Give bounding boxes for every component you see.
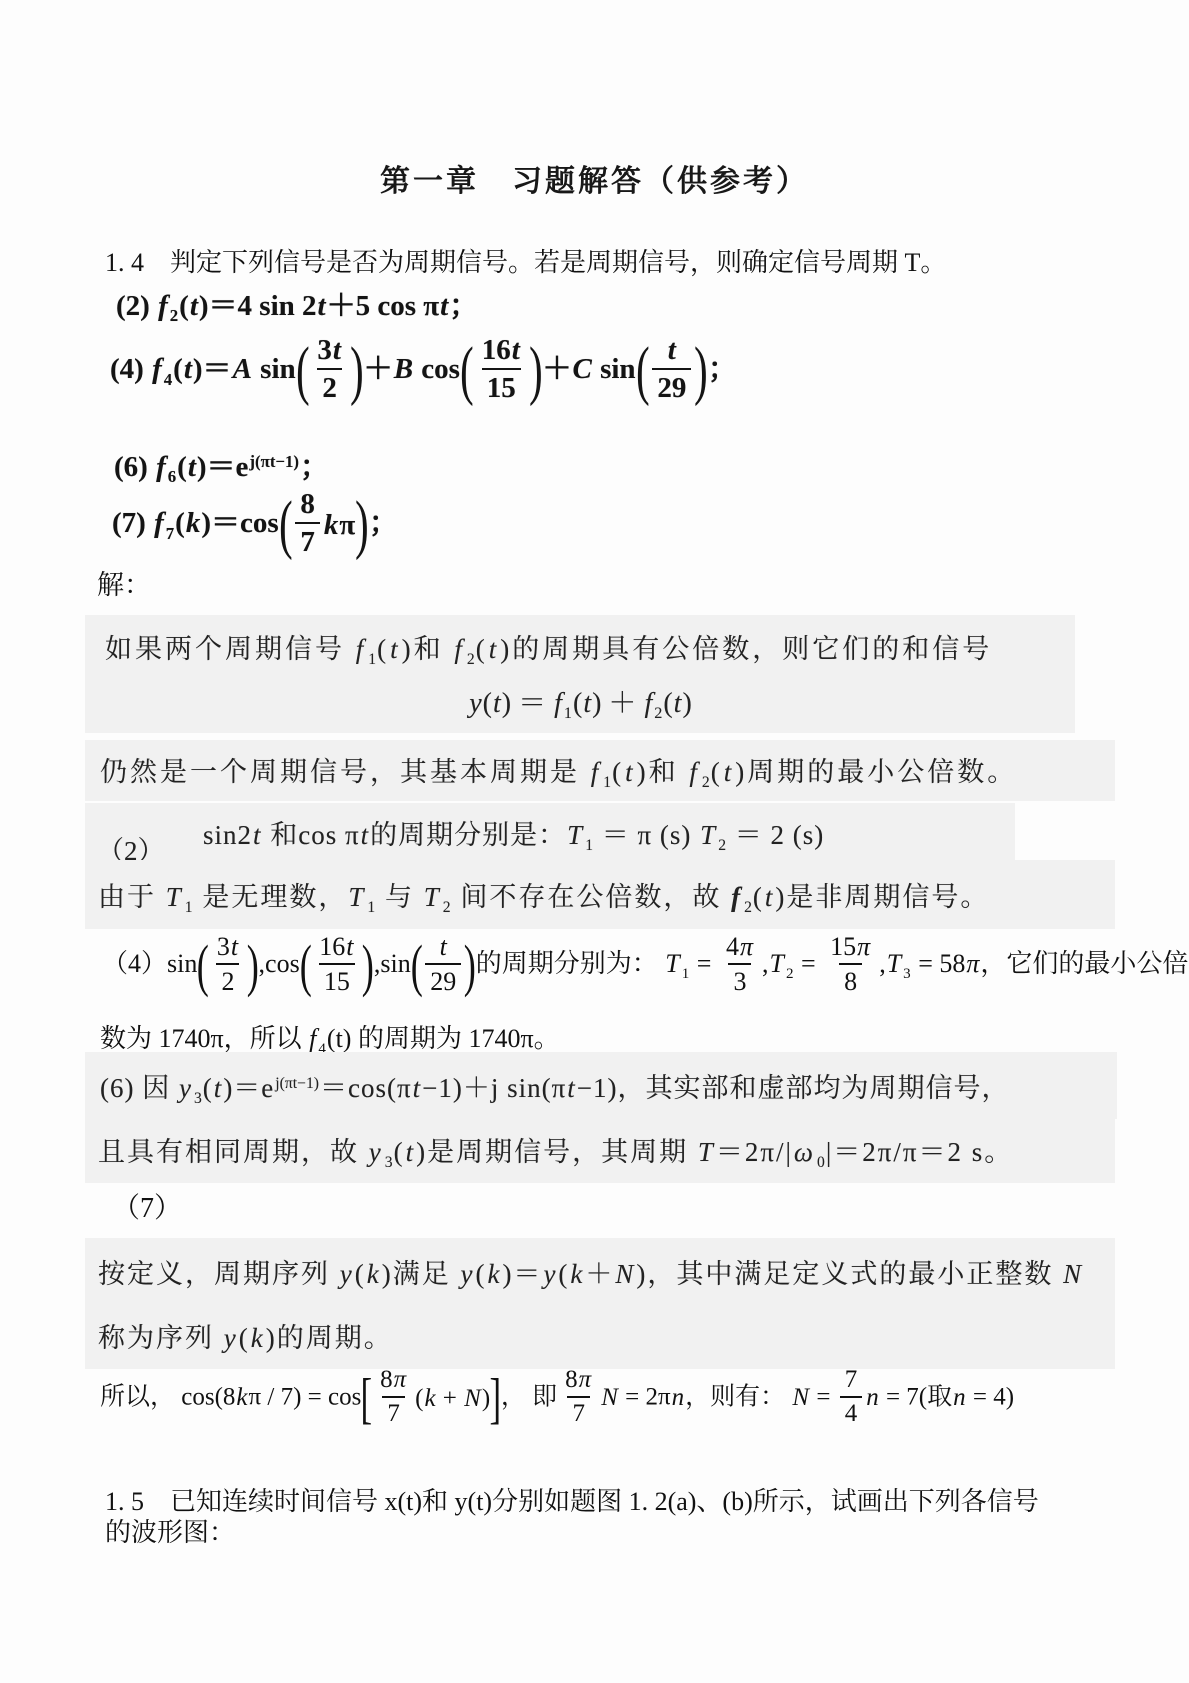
problem-1-5-statement: 1. 5 已知连续时间信号 x(t)和 y(t)分别如题图 1. 2(a)、(b… <box>105 1486 1105 1548</box>
part6-euler-expansion: (6) 因 y3(t)＝ej(πt−1)＝cos(πt−1)＋j sin(πt−… <box>85 1052 1117 1119</box>
part7-solution-equation: 所以， cos(8kπ / 7) = cos[8π7(k + N)]， 即8π7… <box>100 1368 1014 1430</box>
part6-period-conclusion: 且具有相同周期，故 y3(t)是周期信号，其周期 T＝2π/|ω0|＝2π/π＝… <box>85 1116 1115 1183</box>
equation-sum-signal: y(t) ＝ f1(t) ＋ f2(t) <box>85 681 1075 721</box>
part7-definition-line1: 按定义，周期序列 y(k)满足 y(k)＝y(k＋N)，其中满足定义式的最小正整… <box>85 1238 1115 1305</box>
part4-periods: （4）sin(3t2),cos(16t15),sin(t29)的周期分别为： T… <box>102 934 1188 998</box>
equation-f4: (4) f4(t)＝A sin(3t2)＋B cos(16t15)＋C sin(… <box>110 336 737 407</box>
problem-1-5-line2: 的波形图： <box>105 1517 1105 1548</box>
part7-label: （7） <box>112 1186 182 1226</box>
part2-periods: sin2t 和cos πt的周期分别是：T1 ＝ π (s) T2 ＝ 2 (s… <box>203 813 824 852</box>
problem-1-5-line1: 1. 5 已知连续时间信号 x(t)和 y(t)分别如题图 1. 2(a)、(b… <box>105 1486 1105 1517</box>
scan-fragment-part2: （2） sin2t 和cos πt的周期分别是：T1 ＝ π (s) T2 ＝ … <box>85 803 1015 867</box>
problem-1-4-statement: 1. 4 判定下列信号是否为周期信号。若是周期信号，则确定信号周期 T。 <box>105 242 946 279</box>
paragraph-lcm: 仍然是一个周期信号，其基本周期是 f1(t)和 f2(t)周期的最小公倍数。 <box>85 740 1115 801</box>
equation-f6: (6) f6(t)＝ej(πt−1)； <box>114 444 329 485</box>
solution-label: 解： <box>97 563 151 602</box>
equation-f7: (7) f7(k)＝cos(87kπ)； <box>112 490 398 561</box>
part7-definition-line2: 称为序列 y(k)的周期。 <box>85 1303 1115 1369</box>
part2-aperiodic-conclusion: 由于 T1 是无理数，T1 与 T2 间不存在公倍数，故 f2(t)是非周期信号… <box>85 860 1115 929</box>
part4-conclusion: 数为 1740π，所以 f4(t) 的周期为 1740π。 <box>100 1018 560 1055</box>
paragraph-common-period: 如果两个周期信号 f1(t)和 f2(t)的周期具有公倍数，则它们的和信号 <box>105 627 992 666</box>
equation-f2: (2) f2(t)＝4 sin 2t＋5 cos πt； <box>116 283 478 324</box>
scan-fragment-common-period: 如果两个周期信号 f1(t)和 f2(t)的周期具有公倍数，则它们的和信号 y(… <box>85 615 1075 733</box>
document-page: 第一章 习题解答（供参考） 1. 4 判定下列信号是否为周期信号。若是周期信号，… <box>0 0 1189 1683</box>
chapter-title: 第一章 习题解答（供参考） <box>0 156 1189 200</box>
